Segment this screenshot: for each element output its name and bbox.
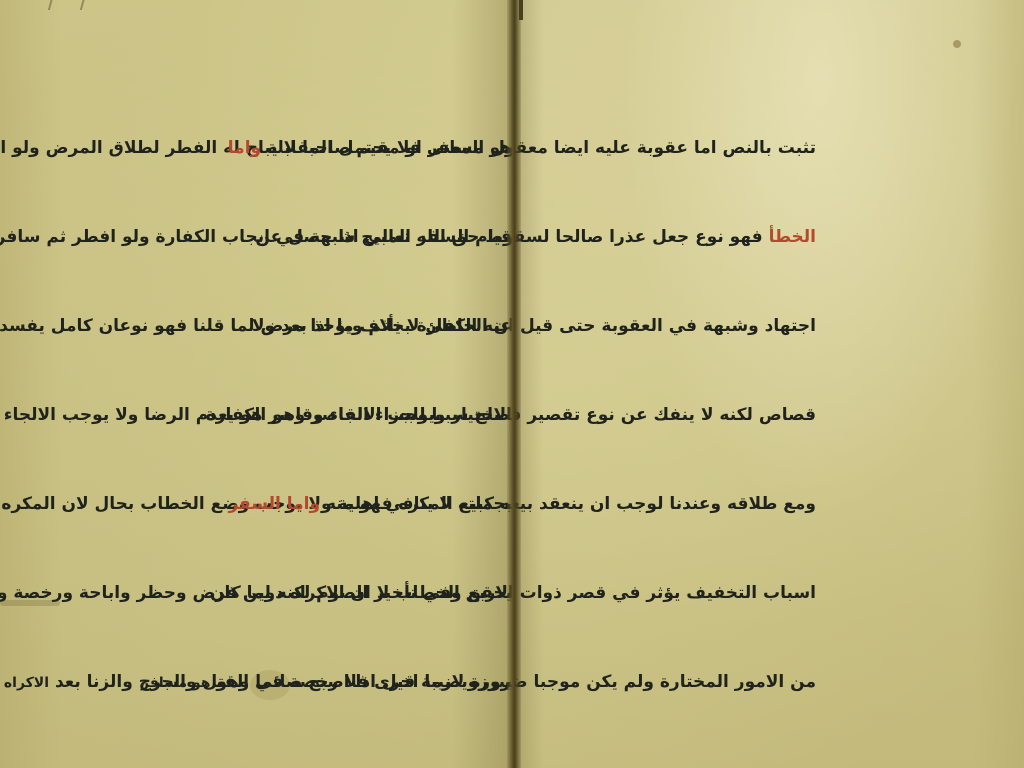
rubricated-word: واما السفر [228,494,320,514]
catchword: الاكراه [4,675,49,691]
text-line: من الامور المختارة ولم يكن موجبا ضرورة ل… [536,652,816,741]
catchword: هو مسافر [141,675,210,691]
text-line: قصاص لكنه لا ينفك عن نوع تقصير فصلح سببا… [536,385,816,474]
text-line: ومع طلاقه وعندنا لوجب ان ينعقد بيعه كبيع… [536,474,816,563]
rubricated-word: الخطأ [769,227,816,247]
rubricated-word: واما [228,138,261,158]
line-text: اجتهاد وشبهة في العقوبة حتى قيل ان الخاط… [252,316,816,336]
text-line: تثبت بالنص اما عقوبة عليه ايضا معقول الم… [536,118,816,207]
binding-fold [519,0,523,20]
line-text: ومع طلاقه وعندنا لوجب ان ينعقد بيعه كبيع… [326,494,816,514]
book-gutter [507,0,521,768]
right-text-block: تثبت بالنص اما عقوبة عليه ايضا معقول الم… [536,118,816,741]
text-line: اجتهاد وشبهة في العقوبة حتى قيل ان الخاط… [536,296,816,385]
text-line: الخطأ فهو نوع جعل عذرا صالحا لسقوط حق ال… [536,207,816,296]
corner-pen-mark [48,0,86,10]
text-line: اسباب التخفيف يؤثر في قصر ذوات الاربع وف… [536,563,816,652]
right-page: تثبت بالنص اما عقوبة عليه ايضا معقول الم… [513,0,1024,768]
manuscript-spread: هو مسافر او مقيم صاحبا لا يباح له الفطر … [0,0,1024,768]
line-text: تثبت بالنص اما عقوبة عليه ايضا معقول الم… [267,138,816,158]
paper-spot [953,40,961,48]
